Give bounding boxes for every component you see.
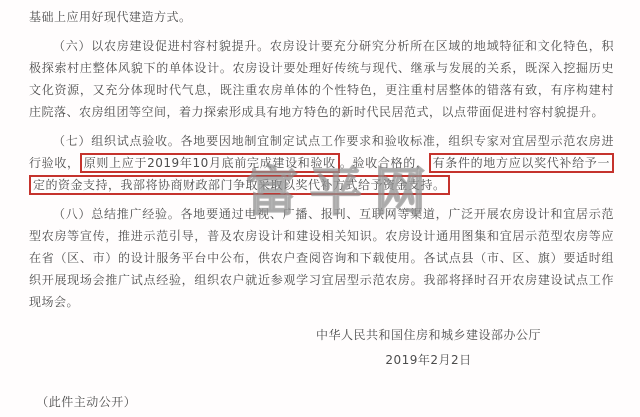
document-page: 基础上应用好现代建造方式。 （六）以农房建设促进村容村貌提升。农房设计要充分研究… xyxy=(0,0,640,417)
text-segment: （八）总结推广经验。各地要通过电视、广播、报刊、互联网等渠道，广泛开展农房设计和… xyxy=(29,207,614,309)
paragraph-6: （六）以农房建设促进村容村貌提升。农房设计要充分研究分析所在区域的地域特征和文化… xyxy=(29,35,614,123)
signature-block: 中华人民共和国住房和城乡建设部办公厅 2019年2月2日 xyxy=(29,323,614,373)
text-segment: （六）以农房建设促进村容村貌提升。农房设计要充分研究分析所在区域的地域特征和文化… xyxy=(29,39,614,119)
signature-issuer: 中华人民共和国住房和城乡建设部办公厅 xyxy=(243,323,614,348)
footnote: （此件主动公开） xyxy=(29,391,614,413)
paragraph-7: （七）组织试点验收。各地要因地制宜制定试点工作要求和验收标准，组织专家对宜居型示… xyxy=(29,130,614,196)
intro-line: 基础上应用好现代建造方式。 xyxy=(29,6,614,28)
signature-date: 2019年2月2日 xyxy=(243,348,614,373)
text-segment: 。验收合格的， xyxy=(340,156,429,170)
paragraph-8: （八）总结推广经验。各地要通过电视、广播、报刊、互联网等渠道，广泛开展农房设计和… xyxy=(29,203,614,313)
highlight-box: 原则上应于2019年10月底前完成建设和验收 xyxy=(80,153,340,173)
